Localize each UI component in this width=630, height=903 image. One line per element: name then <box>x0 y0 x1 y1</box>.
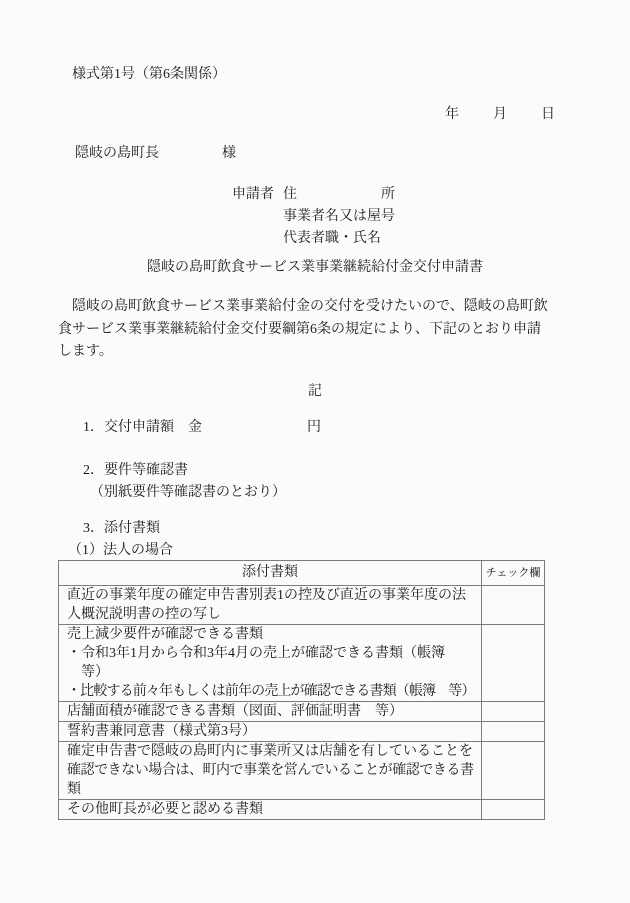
body-line: します。 <box>58 341 548 364</box>
table-row: 売上減少要件が確認できる書類・令和3年1月から令和3年4月の売上が確認できる書類… <box>59 624 544 701</box>
document-line: その他町長が必要と認める書類 <box>67 800 477 819</box>
document-line: 人概況説明書の控の写し <box>67 605 477 624</box>
table-row: 直近の事業年度の確定申告書別表1の控及び直近の事業年度の法人概況説明書の控の写し <box>59 585 544 624</box>
honorific: 様 <box>222 146 236 161</box>
document-line: 誓約書兼同意書（様式第3号） <box>67 722 477 741</box>
document-cell: 確定申告書で隠岐の島町内に事業所又は店舗を有していることを確認できない場合は、町… <box>59 742 482 799</box>
document-line: 等） <box>67 663 477 682</box>
document-line: 直近の事業年度の確定申告書別表1の控及び直近の事業年度の法 <box>67 586 477 605</box>
item-attachments: 3．添付書類 <box>83 517 160 537</box>
check-cell <box>482 722 544 741</box>
check-cell <box>482 800 544 819</box>
document-title: 隠岐の島町飲食サービス業事業継続給付金交付申請書 <box>0 256 630 276</box>
applicant-field-business-name: 事業者名又は屋号 <box>283 206 395 228</box>
check-cell <box>482 625 544 701</box>
document-cell: その他町長が必要と認める書類 <box>59 800 482 819</box>
document-line: ・比較する前々年もしくは前年の売上が確認できる書類（帳簿 等） <box>67 682 477 701</box>
document-line: ・令和3年1月から令和3年4月の売上が確認できる書類（帳簿 <box>67 644 477 663</box>
date-line: 年 月 日 <box>0 103 557 123</box>
applicant-fields: 住 所 事業者名又は屋号 代表者職・氏名 <box>283 184 395 250</box>
document-cell: 店舗面積が確認できる書類（図面、評価証明書 等） <box>59 702 482 721</box>
document-cell: 売上減少要件が確認できる書類・令和3年1月から令和3年4月の売上が確認できる書類… <box>59 625 482 701</box>
document-line: 売上減少要件が確認できる書類 <box>67 625 477 644</box>
addressee-line: 隠岐の島町長様 <box>75 142 236 162</box>
table-row: 店舗面積が確認できる書類（図面、評価証明書 等） <box>59 701 544 721</box>
document-cell: 誓約書兼同意書（様式第3号） <box>59 722 482 741</box>
document-line: 確定申告書で隠岐の島町内に事業所又は店舗を有していることを <box>67 742 477 761</box>
applicant-field-representative: 代表者職・氏名 <box>283 228 395 250</box>
check-cell <box>482 702 544 721</box>
form-number: 様式第1号（第6条関係） <box>72 63 226 83</box>
item-grant-amount: 1．交付申請額 金円 <box>83 416 321 436</box>
document-line: 確認できない場合は、町内で事業を営んでいることが確認できる書 <box>67 761 477 780</box>
requirements-note: （別紙要件等確認書のとおり） <box>90 481 286 501</box>
applicant-block: 申請者 住 所 事業者名又は屋号 代表者職・氏名 <box>232 184 395 250</box>
yen-unit: 円 <box>307 420 321 435</box>
grant-amount-label: 1．交付申請額 金 <box>83 420 202 435</box>
table-row: その他町長が必要と認める書類 <box>59 799 544 819</box>
body-paragraph: 隠岐の島町飲食サービス業事業給付金の交付を受けたいので、隠岐の島町飲 食サービス… <box>58 296 548 364</box>
record-mark: 記 <box>0 380 630 400</box>
applicant-field-address: 住 所 <box>283 184 395 206</box>
header-check-column: チェック欄 <box>482 561 544 585</box>
document-line: 類 <box>67 780 477 799</box>
check-cell <box>482 586 544 624</box>
item-requirements: 2．要件等確認書 <box>83 459 188 479</box>
addressee-name: 隠岐の島町長 <box>75 146 159 161</box>
attachments-table: 添付書類 チェック欄 直近の事業年度の確定申告書別表1の控及び直近の事業年度の法… <box>58 560 545 820</box>
body-line: 隠岐の島町飲食サービス業事業給付金の交付を受けたいので、隠岐の島町飲 <box>58 296 548 319</box>
table-header-row: 添付書類 チェック欄 <box>59 561 544 585</box>
document-line: 店舗面積が確認できる書類（図面、評価証明書 等） <box>67 702 477 721</box>
document-cell: 直近の事業年度の確定申告書別表1の控及び直近の事業年度の法人概況説明書の控の写し <box>59 586 482 624</box>
table-row: 確定申告書で隠岐の島町内に事業所又は店舗を有していることを確認できない場合は、町… <box>59 741 544 799</box>
table-row: 誓約書兼同意書（様式第3号） <box>59 721 544 741</box>
applicant-label: 申請者 <box>232 184 274 250</box>
body-line: 食サービス業事業継続給付金交付要綱第6条の規定により、下記のとおり申請 <box>58 319 548 342</box>
header-documents: 添付書類 <box>59 561 482 585</box>
attachments-subheading: （1）法人の場合 <box>68 539 173 559</box>
check-cell <box>482 742 544 799</box>
document-page: 様式第1号（第6条関係） 年 月 日 隠岐の島町長様 申請者 住 所 事業者名又… <box>0 0 630 903</box>
